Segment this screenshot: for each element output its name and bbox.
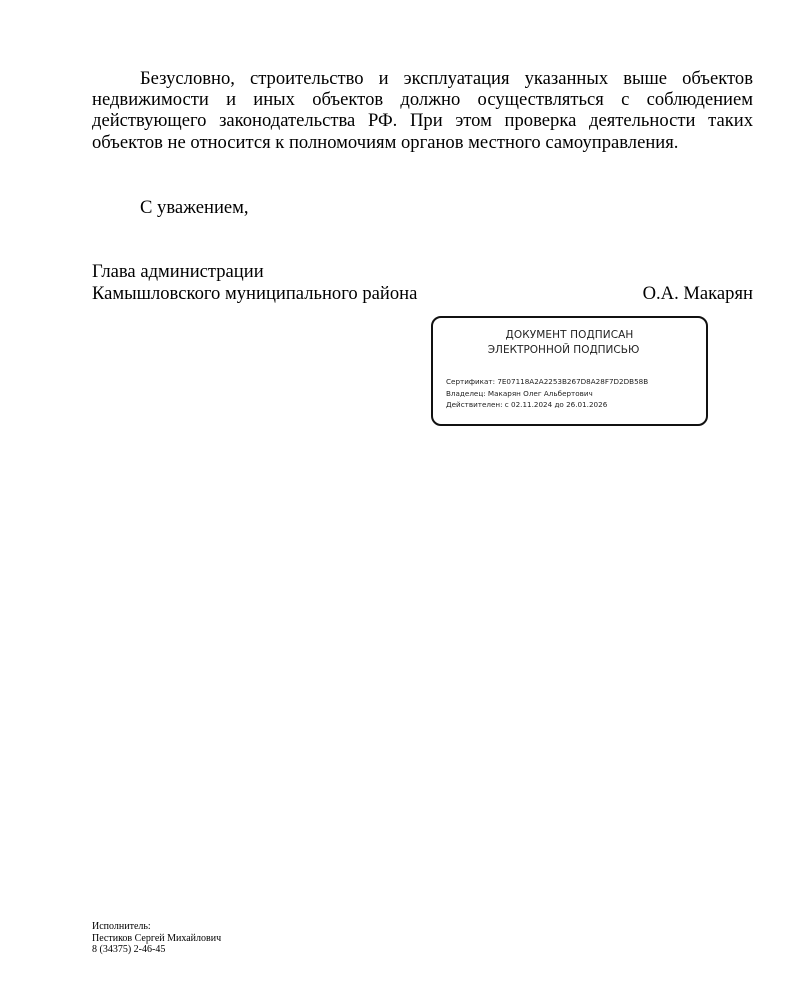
stamp-owner: Владелец: Макарян Олег Альбертович <box>446 389 593 398</box>
closing-salutation: С уважением, <box>140 197 249 219</box>
stamp-heading-line2: ЭЛЕКТРОННОЙ ПОДПИСЬЮ <box>433 344 694 356</box>
paragraph-line: объектов не относится к полномочиям орга… <box>92 132 753 153</box>
executor-phone: 8 (34375) 2-46-45 <box>92 944 221 956</box>
electronic-signature-stamp: ДОКУМЕНТ ПОДПИСАН ЭЛЕКТРОННОЙ ПОДПИСЬЮ С… <box>431 316 708 426</box>
paragraph-line: действующего законодательства РФ. При эт… <box>92 110 753 131</box>
executor-label: Исполнитель: <box>92 921 221 933</box>
paragraph-line: Безусловно, строительство и эксплуатация… <box>92 68 753 89</box>
signatory-name: О.А. Макарян <box>643 283 753 305</box>
stamp-validity: Действителен: с 02.11.2024 до 26.01.2026 <box>446 400 607 409</box>
paragraph-line: недвижимости и иных объектов должно осущ… <box>92 89 753 110</box>
stamp-certificate: Сертификат: 7E07118A2A2253B267D8A28F7D2D… <box>446 377 648 386</box>
executor-footer: Исполнитель: Пестиков Сергей Михайлович … <box>92 921 221 956</box>
body-paragraph: Безусловно, строительство и эксплуатация… <box>92 68 753 153</box>
signatory-title-line2: Камышловского муниципального района <box>92 283 417 305</box>
executor-name: Пестиков Сергей Михайлович <box>92 933 221 945</box>
signatory-title-line1: Глава администрации <box>92 261 264 283</box>
stamp-heading-line1: ДОКУМЕНТ ПОДПИСАН <box>433 329 706 341</box>
